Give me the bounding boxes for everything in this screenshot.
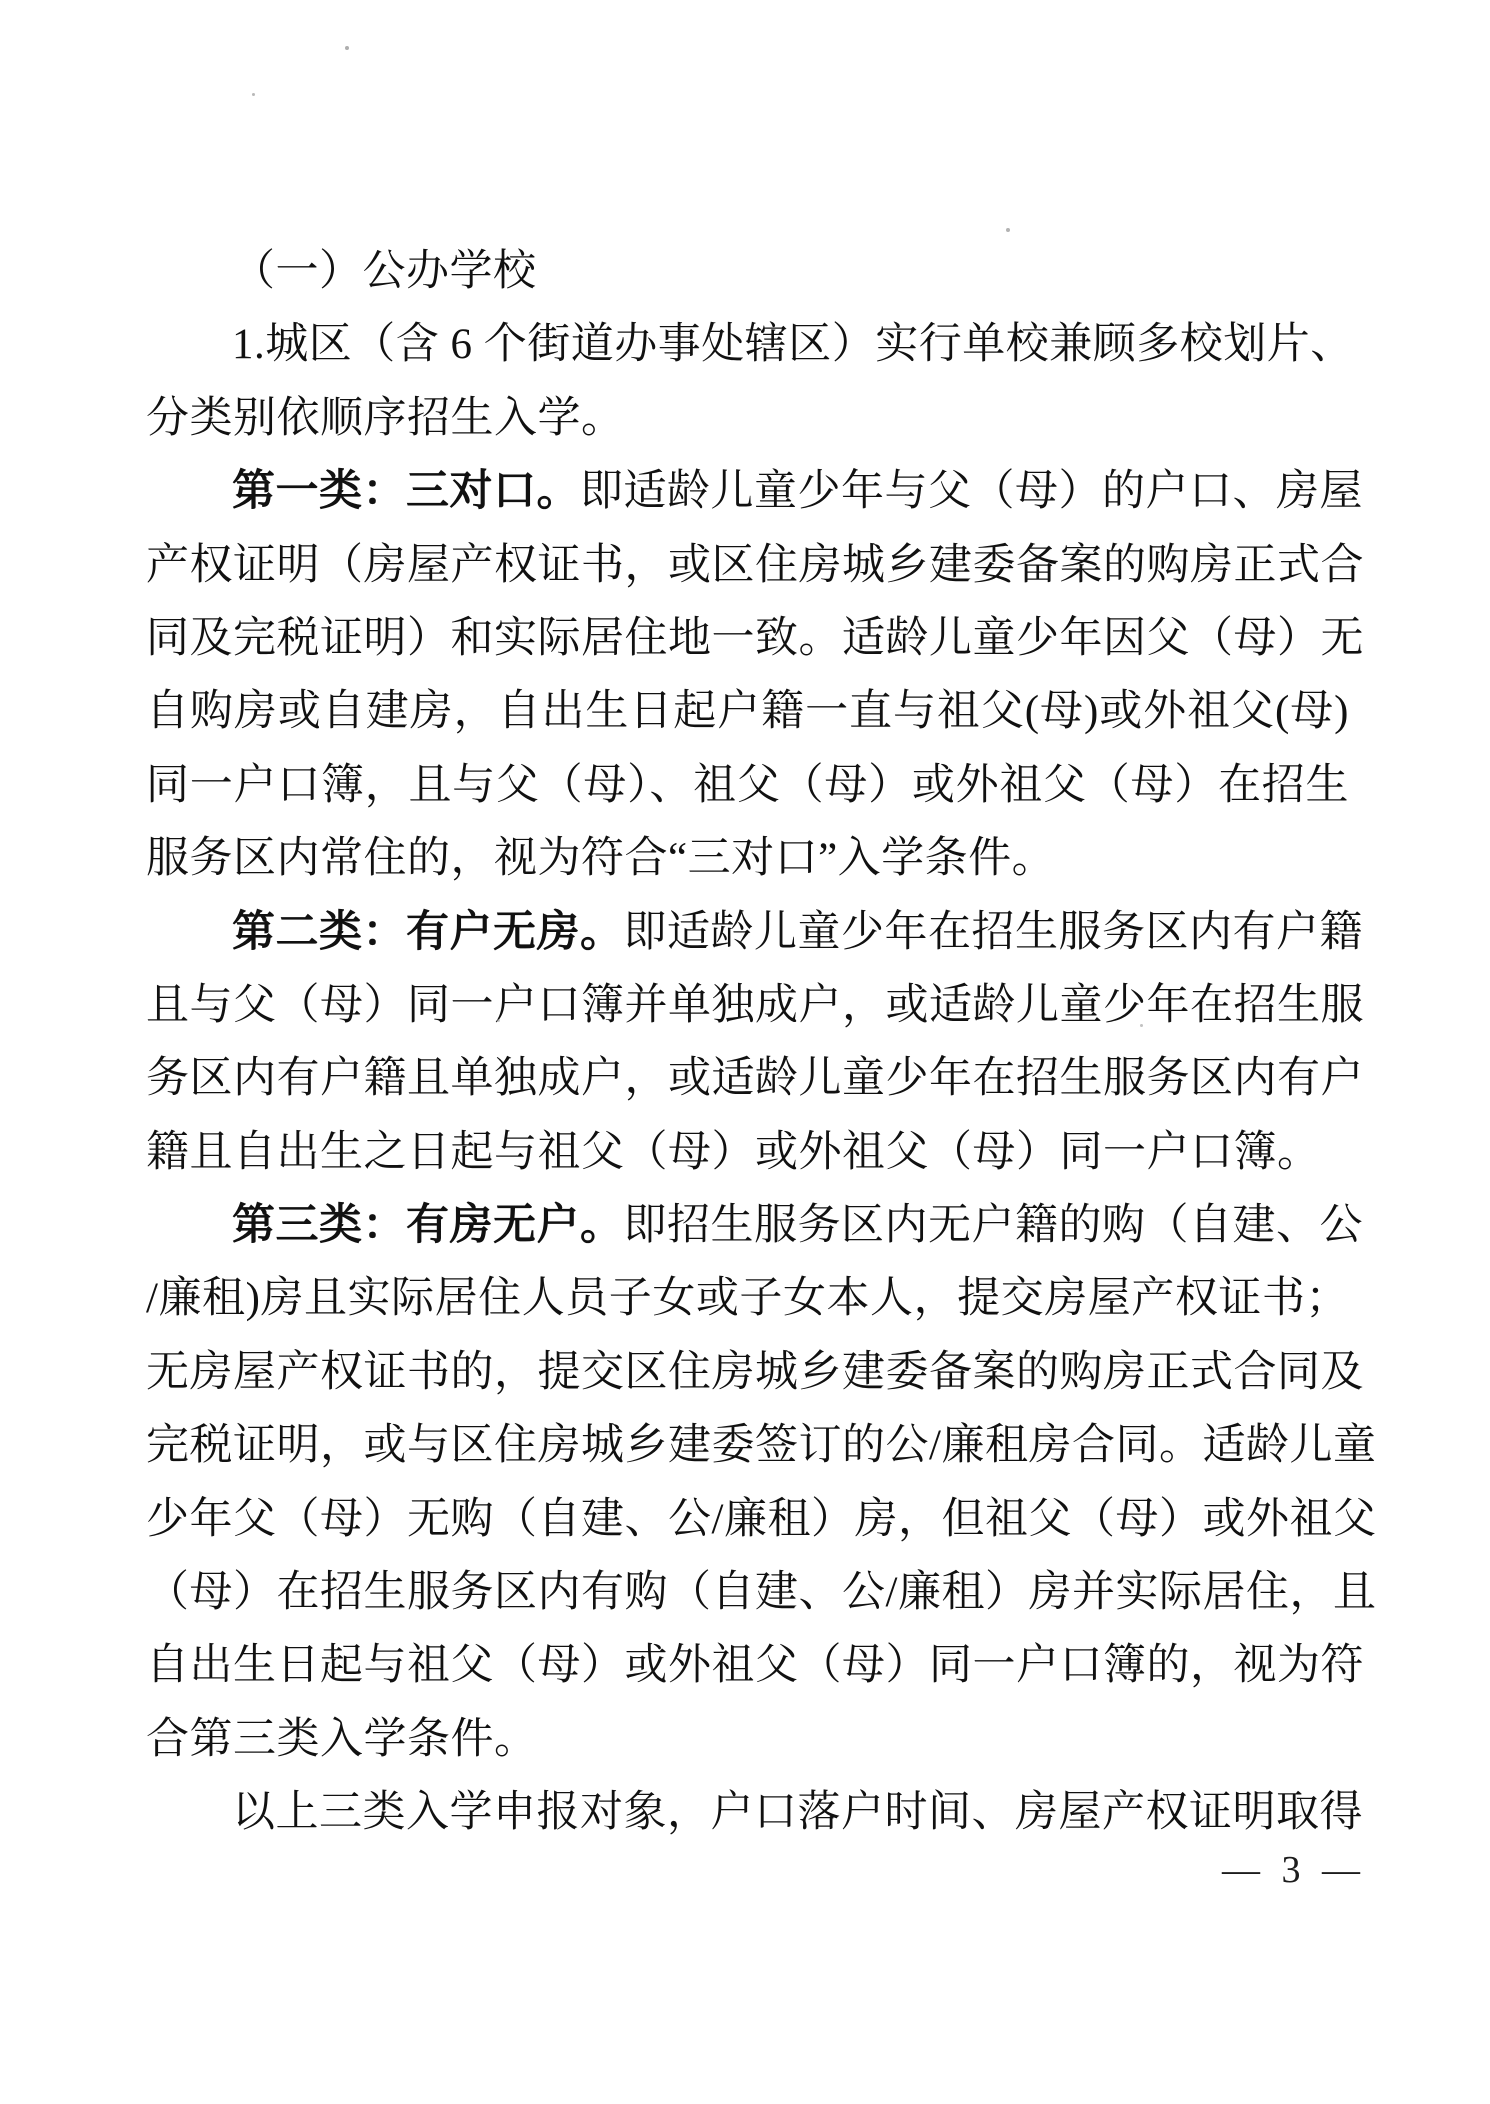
category-label: 第二类：有户无房。 (232, 909, 624, 956)
scan-speck (1006, 228, 1010, 232)
line-text: 1.城区（含 6 个街道办事处辖区）实行单校兼顾多校划片、 (232, 321, 1354, 368)
text-line: /廉租)房且实际居住人员子女或子女本人，提交房屋产权证书； (146, 1262, 1349, 1335)
line-text: 即适龄儿童少年在招生服务区内有户籍 (624, 909, 1364, 956)
scan-speck (497, 1019, 500, 1022)
line-text: 无房屋产权证书的，提交区住房城乡建委备案的购房正式合同及 (146, 1349, 1364, 1396)
line-text: 即适龄儿童少年与父（母）的户口、房屋 (580, 468, 1363, 515)
text-line: 以上三类入学申报对象，户口落户时间、房屋产权证明取得 (146, 1776, 1349, 1849)
text-line: 自出生日起与祖父（母）或外祖父（母）同一户口簿的，视为符 (146, 1629, 1349, 1702)
text-line: 服务区内常住的，视为符合“三对口”入学条件。 (146, 822, 1349, 895)
text-line: 1.城区（含 6 个街道办事处辖区）实行单校兼顾多校划片、 (146, 308, 1349, 381)
text-line: 第二类：有户无房。即适龄儿童少年在招生服务区内有户籍 (146, 896, 1349, 969)
text-line: 无房屋产权证书的，提交区住房城乡建委备案的购房正式合同及 (146, 1336, 1349, 1409)
text-line: 同及完税证明）和实际居住地一致。适龄儿童少年因父（母）无 (146, 602, 1349, 675)
text-line: 分类别依顺序招生入学。 (146, 382, 1349, 455)
line-text: 完税证明，或与区住房城乡建委签订的公/廉租房合同。适龄儿童 (146, 1422, 1376, 1469)
text-line: 且与父（母）同一户口簿并单独成户，或适龄儿童少年在招生服 (146, 969, 1349, 1042)
scan-speck (345, 46, 349, 50)
text-line: 自购房或自建房，自出生日起户籍一直与祖父(母)或外祖父(母) (146, 675, 1349, 748)
text-line: 产权证明（房屋产权证书，或区住房城乡建委备案的购房正式合 (146, 529, 1349, 602)
text-line: 合第三类入学条件。 (146, 1703, 1349, 1776)
line-text: 产权证明（房屋产权证书，或区住房城乡建委备案的购房正式合 (146, 542, 1364, 589)
text-line: 务区内有户籍且单独成户，或适龄儿童少年在招生服务区内有户 (146, 1042, 1349, 1115)
line-text: 务区内有户籍且单独成户，或适龄儿童少年在招生服务区内有户 (146, 1055, 1364, 1102)
line-text: 分类别依顺序招生入学。 (146, 395, 625, 442)
line-text: 且与父（母）同一户口簿并单独成户，或适龄儿童少年在招生服 (146, 982, 1364, 1029)
line-text: 少年父（母）无购（自建、公/廉租）房，但祖父（母）或外祖父 (146, 1496, 1376, 1543)
section-heading-text: （一）公办学校 (232, 248, 537, 295)
scan-speck (252, 93, 255, 96)
section-heading: （一）公办学校 (146, 235, 1349, 308)
document-body: （一）公办学校 1.城区（含 6 个街道办事处辖区）实行单校兼顾多校划片、 分类… (146, 235, 1349, 1850)
category-label: 第三类：有房无户。 (232, 1202, 624, 1249)
line-text: 以上三类入学申报对象，户口落户时间、房屋产权证明取得 (232, 1789, 1363, 1836)
line-text: 籍且自出生之日起与祖父（母）或外祖父（母）同一户口簿。 (146, 1129, 1321, 1176)
text-line: 第三类：有房无户。即招生服务区内无户籍的购（自建、公 (146, 1189, 1349, 1262)
line-text: 同及完税证明）和实际居住地一致。适龄儿童少年因父（母）无 (146, 615, 1364, 662)
line-text: 自出生日起与祖父（母）或外祖父（母）同一户口簿的，视为符 (146, 1642, 1364, 1689)
line-text: 同一户口簿，且与父（母）、祖父（母）或外祖父（母）在招生 (146, 762, 1349, 809)
line-text: /廉租)房且实际居住人员子女或子女本人，提交房屋产权证书； (146, 1275, 1349, 1322)
line-text: （母）在招生服务区内有购（自建、公/廉租）房并实际居住，且 (146, 1569, 1376, 1616)
text-line: （母）在招生服务区内有购（自建、公/廉租）房并实际居住，且 (146, 1556, 1349, 1629)
line-text: 服务区内常住的，视为符合“三对口”入学条件。 (146, 835, 1055, 882)
text-line: 同一户口簿，且与父（母）、祖父（母）或外祖父（母）在招生 (146, 749, 1349, 822)
line-text: 即招生服务区内无户籍的购（自建、公 (624, 1202, 1364, 1249)
document-page: （一）公办学校 1.城区（含 6 个街道办事处辖区）实行单校兼顾多校划片、 分类… (0, 0, 1490, 2104)
text-line: 籍且自出生之日起与祖父（母）或外祖父（母）同一户口簿。 (146, 1116, 1349, 1189)
text-line: 少年父（母）无购（自建、公/廉租）房，但祖父（母）或外祖父 (146, 1483, 1349, 1556)
text-line: 完税证明，或与区住房城乡建委签订的公/廉租房合同。适龄儿童 (146, 1409, 1349, 1482)
line-text: 合第三类入学条件。 (146, 1716, 538, 1763)
text-line: 第一类：三对口。即适龄儿童少年与父（母）的户口、房屋 (146, 455, 1349, 528)
line-text: 自购房或自建房，自出生日起户籍一直与祖父(母)或外祖父(母) (146, 688, 1349, 735)
category-label: 第一类：三对口。 (232, 468, 580, 515)
page-number: — 3 — (1222, 1848, 1366, 1892)
scan-speck (1140, 1024, 1143, 1027)
